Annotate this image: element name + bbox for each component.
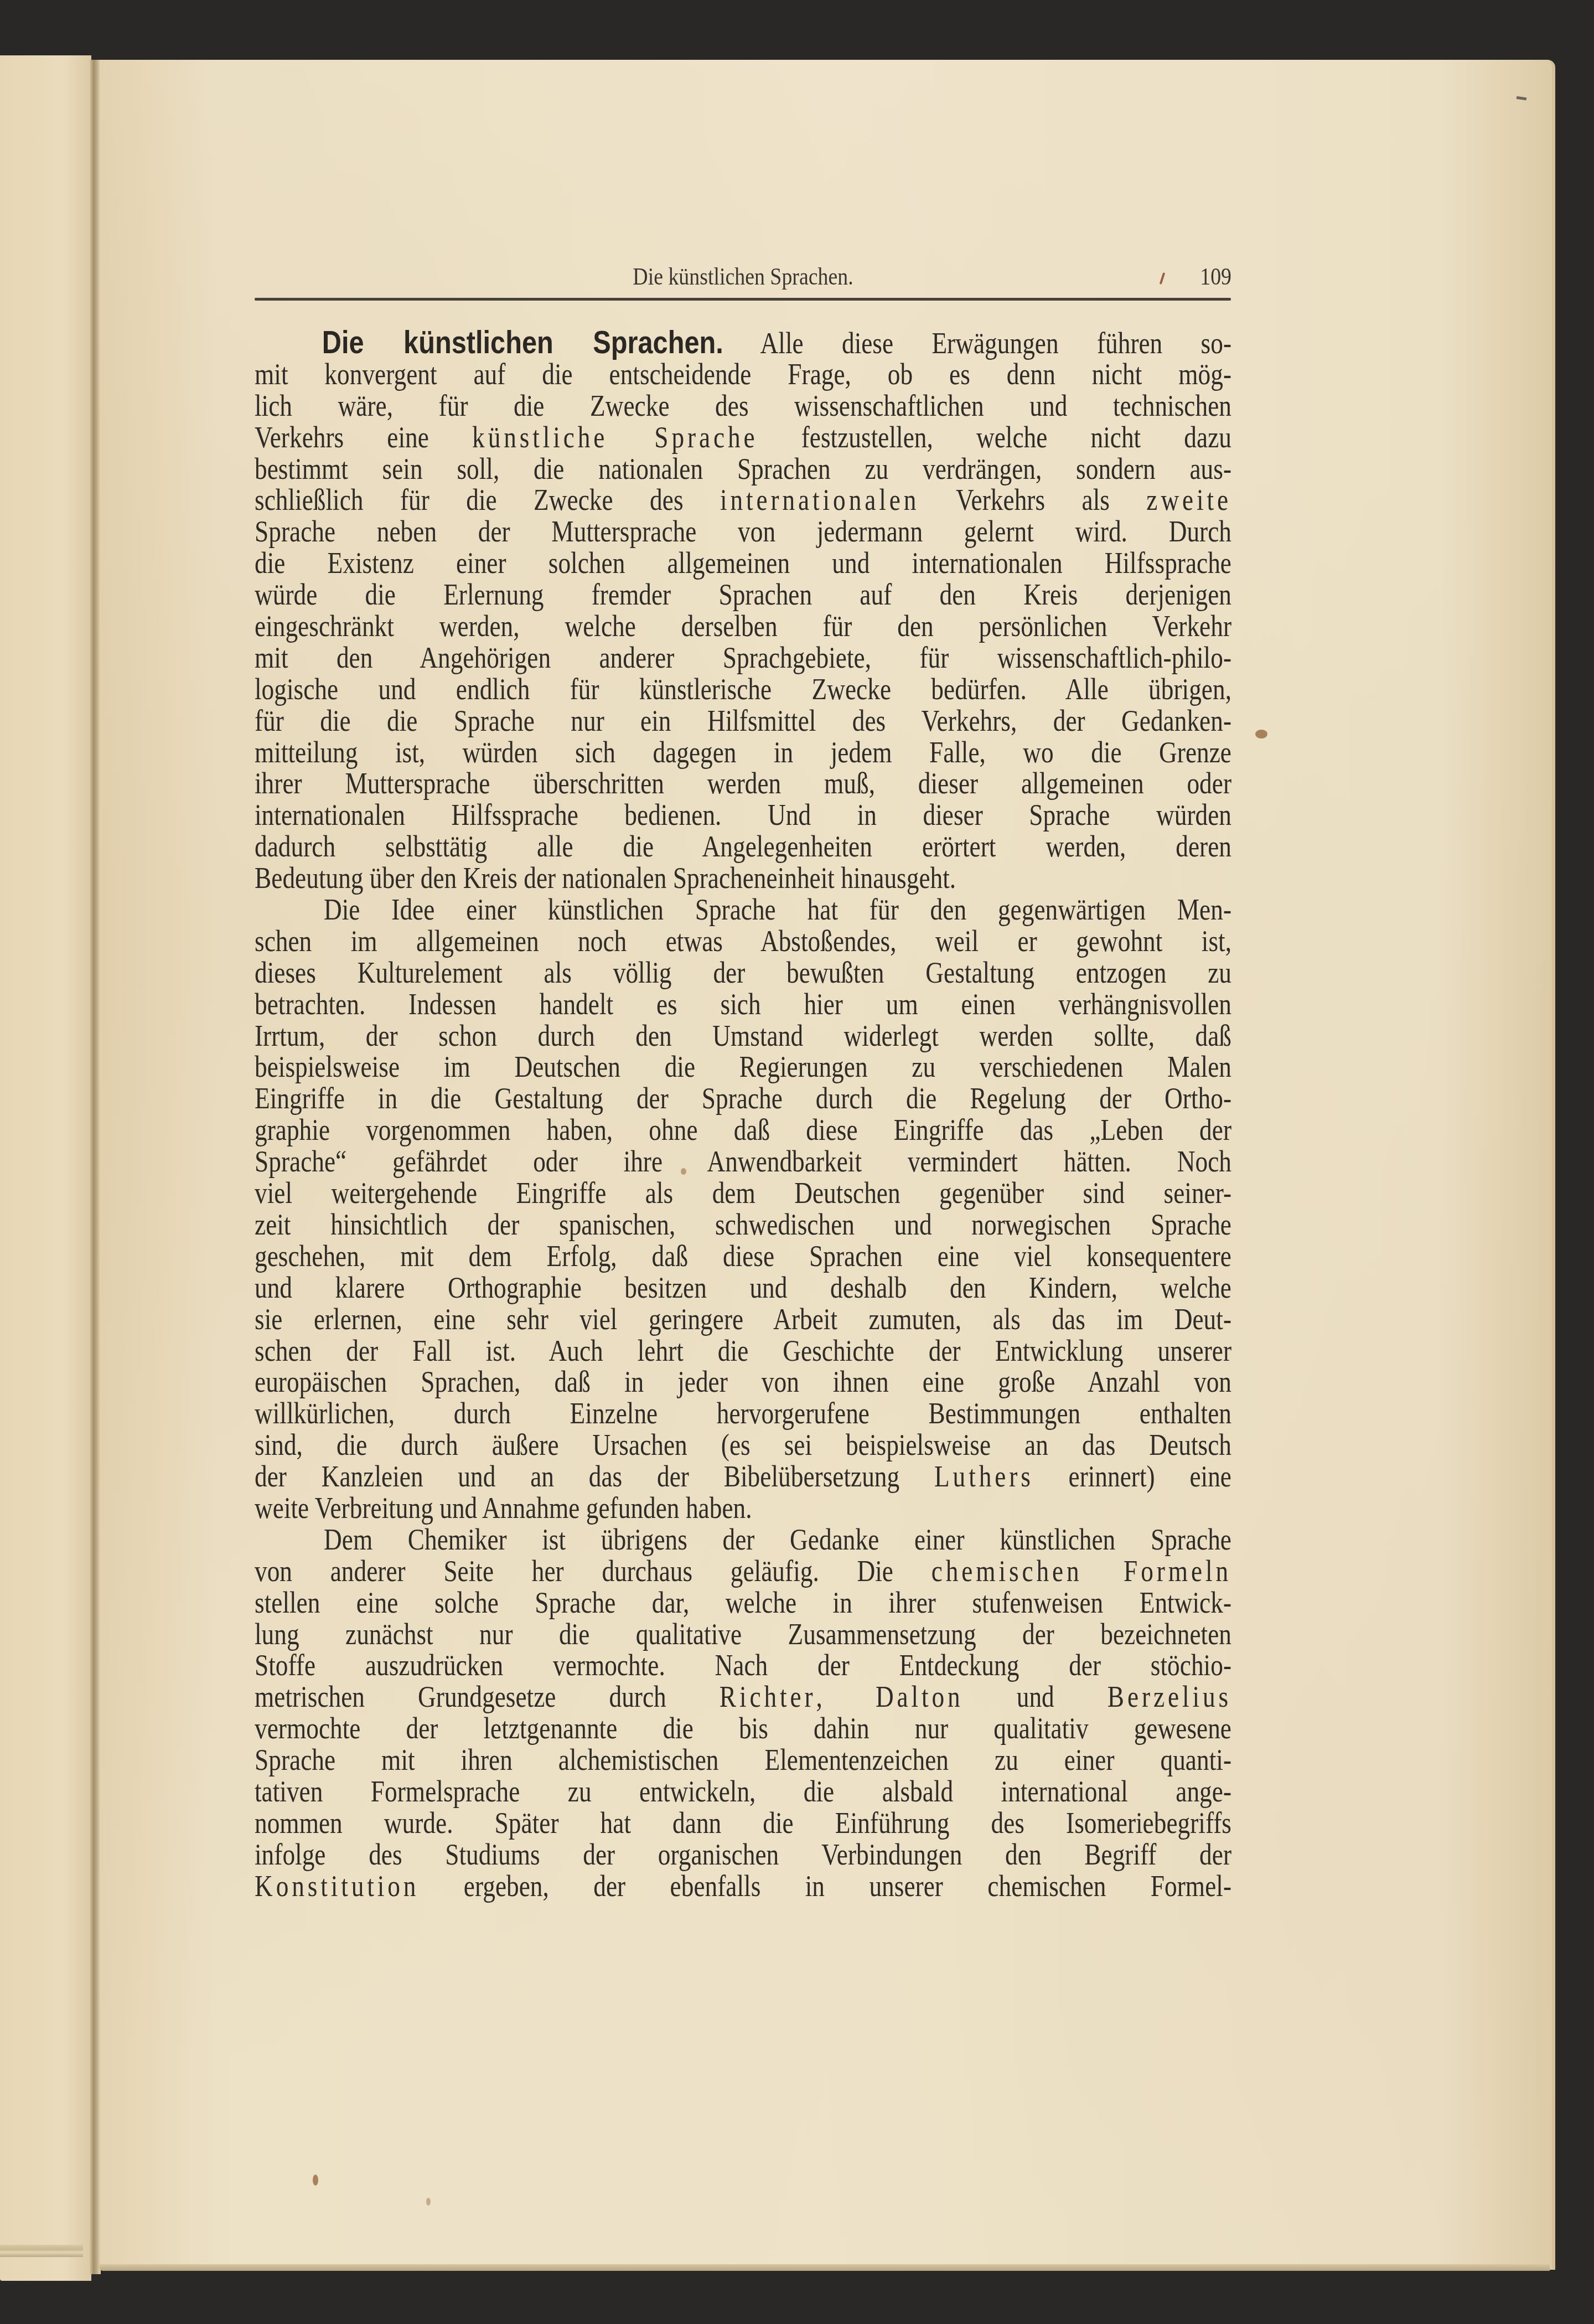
text-line-content: Die Idee einer künstlichen Sprache hat f… bbox=[324, 894, 1231, 926]
text-line-content: schen im allgemeinen noch etwas Abstoßen… bbox=[255, 926, 1231, 957]
text-line-content: ihrer Muttersprache überschritten werden… bbox=[255, 768, 1231, 799]
text-line-content: graphie vorgenommen haben, ohne daß dies… bbox=[255, 1114, 1231, 1146]
text-run: sie erlernen, eine sehr viel geringere A… bbox=[255, 1303, 1231, 1336]
text-run: Sprache neben der Muttersprache von jede… bbox=[255, 515, 1231, 548]
text-run: weite Verbreitung und Annahme gefunden h… bbox=[255, 1491, 752, 1525]
text-line: weite Verbreitung und Annahme gefunden h… bbox=[255, 1492, 1231, 1524]
text-run: erinnert) eine bbox=[1034, 1460, 1231, 1493]
text-run: betrachten. Indessen handelt es sich hie… bbox=[255, 988, 1231, 1021]
text-line-content: willkürlichen, durch Einzelne hervorgeru… bbox=[255, 1398, 1231, 1429]
text-run: logische und endlich für künstlerische Z… bbox=[255, 673, 1231, 706]
text-line: europäischen Sprachen, daß in jeder von … bbox=[255, 1366, 1231, 1398]
text-line-content: mit konvergent auf die entscheidende Fra… bbox=[255, 359, 1231, 390]
text-line-content: dieses Kulturelement als völlig der bewu… bbox=[255, 957, 1231, 989]
text-line: metrischen Grundgesetze durch Richter, D… bbox=[255, 1681, 1231, 1713]
text-line: lung zunächst nur die qualitative Zusamm… bbox=[255, 1619, 1231, 1650]
text-run: Die Idee einer künstlichen Sprache hat f… bbox=[324, 893, 1231, 926]
text-line-content: mitteilung ist, würden sich dagegen in j… bbox=[255, 737, 1231, 768]
text-line: tativen Formelsprache zu entwickeln, die… bbox=[255, 1776, 1231, 1807]
text-line: Sprache mit ihren alchemistischen Elemen… bbox=[255, 1744, 1231, 1776]
text-line: mit den Angehörigen anderer Sprachgebiet… bbox=[255, 642, 1231, 674]
text-line-content: für die die Sprache nur ein Hilfsmittel … bbox=[255, 705, 1231, 737]
text-line-content: Irrtum, der schon durch den Umstand wide… bbox=[255, 1020, 1231, 1052]
text-run: der Kanzleien und an das der Bibelüberse… bbox=[255, 1460, 934, 1493]
text-line-content: sie erlernen, eine sehr viel geringere A… bbox=[255, 1304, 1231, 1335]
text-run: und bbox=[964, 1680, 1107, 1713]
text-run: viel weitergehende Eingriffe als dem Deu… bbox=[255, 1176, 1231, 1210]
text-run: infolge des Studiums der organischen Ver… bbox=[255, 1838, 1231, 1871]
text-line-content: Sprache mit ihren alchemistischen Elemen… bbox=[255, 1744, 1231, 1776]
text-run: willkürlichen, durch Einzelne hervorgeru… bbox=[255, 1397, 1231, 1430]
text-run: zeit hinsichtlich der spanischen, schwed… bbox=[255, 1208, 1231, 1241]
text-run: lung zunächst nur die qualitative Zusamm… bbox=[255, 1618, 1231, 1651]
text-line-content: Stoffe auszudrücken vermochte. Nach der … bbox=[255, 1650, 1231, 1681]
text-line: lich wäre, für die Zwecke des wissenscha… bbox=[255, 390, 1231, 422]
text-line: Bedeutung über den Kreis der nationalen … bbox=[255, 863, 1231, 894]
text-line-content: schen der Fall ist. Auch lehrt die Gesch… bbox=[255, 1335, 1231, 1367]
paper-stain bbox=[681, 1168, 686, 1175]
text-run: dieses Kulturelement als völlig der bewu… bbox=[255, 956, 1231, 989]
text-line: schließlich für die Zwecke des internati… bbox=[255, 484, 1231, 516]
text-run: metrischen Grundgesetze durch bbox=[255, 1680, 720, 1713]
text-run: geschehen, mit dem Erfolg, daß diese Spr… bbox=[255, 1240, 1231, 1273]
running-header: Die künstlichen Sprachen. 109 bbox=[255, 260, 1231, 293]
text-line-content: sind, die durch äußere Ursachen (es sei … bbox=[255, 1429, 1231, 1461]
text-line: Die Idee einer künstlichen Sprache hat f… bbox=[255, 894, 1231, 926]
text-line: Sprache neben der Muttersprache von jede… bbox=[255, 516, 1231, 548]
text-line-content: eingeschränkt werden, welche derselben f… bbox=[255, 611, 1231, 642]
text-run: festzustellen, welche nicht dazu bbox=[758, 421, 1231, 454]
text-run: mitteilung ist, würden sich dagegen in j… bbox=[255, 736, 1231, 769]
text-run: Sprache mit ihren alchemistischen Elemen… bbox=[255, 1743, 1231, 1776]
text-line-content: europäischen Sprachen, daß in jeder von … bbox=[255, 1366, 1231, 1398]
text-run: würde die Erlernung fremder Sprachen auf… bbox=[255, 578, 1231, 611]
text-run: stellen eine solche Sprache dar, welche … bbox=[255, 1586, 1231, 1619]
text-line-content: tativen Formelsprache zu entwickeln, die… bbox=[255, 1776, 1231, 1807]
text-line-content: zeit hinsichtlich der spanischen, schwed… bbox=[255, 1209, 1231, 1241]
text-run: Irrtum, der schon durch den Umstand wide… bbox=[255, 1019, 1231, 1052]
text-line-content: infolge des Studiums der organischen Ver… bbox=[255, 1839, 1231, 1871]
running-header-title: Die künstlichen Sprachen. bbox=[323, 260, 1163, 293]
text-line: Irrtum, der schon durch den Umstand wide… bbox=[255, 1020, 1231, 1052]
text-line-content: der Kanzleien und an das der Bibelüberse… bbox=[255, 1461, 1231, 1492]
text-run: europäischen Sprachen, daß in jeder von … bbox=[255, 1365, 1231, 1398]
text-line: Verkehrs eine künstliche Sprache festzus… bbox=[255, 422, 1231, 453]
text-line-content: Sprache“ gefährdet oder ihre Anwendbarke… bbox=[255, 1146, 1231, 1178]
text-run: ihrer Muttersprache überschritten werden… bbox=[255, 767, 1231, 800]
text-run: beispielsweise im Deutschen die Regierun… bbox=[255, 1050, 1231, 1083]
text-run: internationalen Hilfssprache bedienen. U… bbox=[255, 798, 1231, 832]
facing-page-stack bbox=[0, 2245, 83, 2257]
emphasized-run: Konstitution bbox=[255, 1869, 419, 1903]
text-line-content: und klarere Orthographie besitzen und de… bbox=[255, 1272, 1231, 1304]
text-run: eingeschränkt werden, welche derselben f… bbox=[255, 610, 1231, 643]
paper-stain bbox=[1255, 730, 1267, 738]
text-run: mit den Angehörigen anderer Sprachgebiet… bbox=[255, 641, 1231, 674]
text-run: Alle diese Erwägungen führen so- bbox=[723, 327, 1231, 360]
text-run: vermochte der letztgenannte die bis dahi… bbox=[255, 1712, 1231, 1745]
text-line: würde die Erlernung fremder Sprachen auf… bbox=[255, 579, 1231, 611]
text-run: tativen Formelsprache zu entwickeln, die… bbox=[255, 1775, 1231, 1808]
text-line-content: mit den Angehörigen anderer Sprachgebiet… bbox=[255, 642, 1231, 674]
text-line: betrachten. Indessen handelt es sich hie… bbox=[255, 989, 1231, 1020]
text-line-content: beispielsweise im Deutschen die Regierun… bbox=[255, 1051, 1231, 1083]
body-text: Die künstlichen Sprachen. Alle diese Erw… bbox=[255, 327, 1231, 1902]
text-line: internationalen Hilfssprache bedienen. U… bbox=[255, 799, 1231, 831]
page-bottom-edge bbox=[100, 2264, 1550, 2271]
text-line: von anderer Seite her durchaus geläufig.… bbox=[255, 1556, 1231, 1587]
text-line: logische und endlich für künstlerische Z… bbox=[255, 674, 1231, 705]
text-line: der Kanzleien und an das der Bibelüberse… bbox=[255, 1461, 1231, 1492]
text-run: mit konvergent auf die entscheidende Fra… bbox=[255, 358, 1231, 391]
text-line-content: nommen wurde. Später hat dann die Einfüh… bbox=[255, 1807, 1231, 1839]
text-run: graphie vorgenommen haben, ohne daß dies… bbox=[255, 1113, 1231, 1146]
text-line: für die die Sprache nur ein Hilfsmittel … bbox=[255, 705, 1231, 737]
text-line: Dem Chemiker ist übrigens der Gedanke ei… bbox=[255, 1524, 1231, 1556]
text-line: dadurch selbsttätig alle die Angelegenhe… bbox=[255, 831, 1231, 863]
text-line: infolge des Studiums der organischen Ver… bbox=[255, 1839, 1231, 1871]
emphasized-run: Richter bbox=[720, 1680, 816, 1713]
text-run: nommen wurde. Später hat dann die Einfüh… bbox=[255, 1806, 1231, 1840]
text-line-content: Sprache neben der Muttersprache von jede… bbox=[255, 516, 1231, 548]
emphasized-run: zweite bbox=[1146, 483, 1231, 517]
emphasized-run: Luthers bbox=[934, 1460, 1034, 1493]
text-run: für die die Sprache nur ein Hilfsmittel … bbox=[255, 704, 1231, 737]
text-line-content: metrischen Grundgesetze durch Richter, D… bbox=[255, 1681, 1231, 1713]
text-line-content: die Existenz einer solchen allgemeinen u… bbox=[255, 548, 1231, 579]
text-run: ergeben, der ebenfalls in unserer chemis… bbox=[419, 1869, 1231, 1903]
text-run: Verkehrs als bbox=[919, 483, 1146, 517]
text-line-content: Konstitution ergeben, der ebenfalls in u… bbox=[255, 1871, 1231, 1902]
text-run: Sprache“ gefährdet oder ihre Anwendbarke… bbox=[255, 1145, 1231, 1178]
text-line-content: viel weitergehende Eingriffe als dem Deu… bbox=[255, 1178, 1231, 1209]
text-line: sind, die durch äußere Ursachen (es sei … bbox=[255, 1429, 1231, 1461]
text-run: Eingriffe in die Gestaltung der Sprache … bbox=[255, 1082, 1231, 1115]
text-line: nommen wurde. Später hat dann die Einfüh… bbox=[255, 1807, 1231, 1839]
text-line: sie erlernen, eine sehr viel geringere A… bbox=[255, 1304, 1231, 1335]
text-line: mit konvergent auf die entscheidende Fra… bbox=[255, 359, 1231, 390]
text-line: stellen eine solche Sprache dar, welche … bbox=[255, 1587, 1231, 1619]
emphasized-run: Dalton bbox=[876, 1680, 964, 1713]
text-line: eingeschränkt werden, welche derselben f… bbox=[255, 611, 1231, 642]
text-run: Verkehrs eine bbox=[255, 421, 472, 454]
text-run: von anderer Seite her durchaus geläufig.… bbox=[255, 1555, 931, 1588]
text-run: lich wäre, für die Zwecke des wissenscha… bbox=[255, 389, 1231, 422]
text-line: graphie vorgenommen haben, ohne daß dies… bbox=[255, 1114, 1231, 1146]
text-line: zeit hinsichtlich der spanischen, schwed… bbox=[255, 1209, 1231, 1241]
text-line: ihrer Muttersprache überschritten werden… bbox=[255, 768, 1231, 799]
text-line-content: Die künstlichen Sprachen. Alle diese Erw… bbox=[255, 327, 1231, 359]
text-run: Dem Chemiker ist übrigens der Gedanke ei… bbox=[324, 1523, 1231, 1556]
text-run: dadurch selbsttätig alle die Angelegenhe… bbox=[255, 830, 1231, 863]
text-line: bestimmt sein soll, die nationalen Sprac… bbox=[255, 453, 1231, 485]
text-line-content: weite Verbreitung und Annahme gefunden h… bbox=[255, 1492, 1231, 1524]
text-line: viel weitergehende Eingriffe als dem Deu… bbox=[255, 1178, 1231, 1209]
text-line: geschehen, mit dem Erfolg, daß diese Spr… bbox=[255, 1241, 1231, 1272]
text-line-content: schließlich für die Zwecke des internati… bbox=[255, 484, 1231, 516]
emphasized-run: Berzelius bbox=[1107, 1680, 1231, 1713]
text-line: mitteilung ist, würden sich dagegen in j… bbox=[255, 737, 1231, 768]
text-run: Bedeutung über den Kreis der nationalen … bbox=[255, 861, 956, 895]
text-line: schen im allgemeinen noch etwas Abstoßen… bbox=[255, 926, 1231, 957]
text-line-content: betrachten. Indessen handelt es sich hie… bbox=[255, 989, 1231, 1020]
text-line-content: dadurch selbsttätig alle die Angelegenhe… bbox=[255, 831, 1231, 863]
page-number: 109 bbox=[1200, 260, 1231, 293]
text-line: dieses Kulturelement als völlig der bewu… bbox=[255, 957, 1231, 989]
text-run: Stoffe auszudrücken vermochte. Nach der … bbox=[255, 1649, 1231, 1682]
text-line: beispielsweise im Deutschen die Regierun… bbox=[255, 1051, 1231, 1083]
text-line-content: Dem Chemiker ist übrigens der Gedanke ei… bbox=[324, 1524, 1231, 1556]
text-run: und klarere Orthographie besitzen und de… bbox=[255, 1271, 1231, 1304]
text-line: willkürlichen, durch Einzelne hervorgeru… bbox=[255, 1398, 1231, 1429]
text-line: und klarere Orthographie besitzen und de… bbox=[255, 1272, 1231, 1304]
book-gutter bbox=[90, 60, 101, 2274]
text-line-content: von anderer Seite her durchaus geläufig.… bbox=[255, 1556, 1231, 1587]
text-line-content: internationalen Hilfssprache bedienen. U… bbox=[255, 799, 1231, 831]
text-line-content: Eingriffe in die Gestaltung der Sprache … bbox=[255, 1083, 1231, 1114]
text-line: vermochte der letztgenannte die bis dahi… bbox=[255, 1713, 1231, 1744]
text-run: die Existenz einer solchen allgemeinen u… bbox=[255, 546, 1231, 580]
text-line-content: stellen eine solche Sprache dar, welche … bbox=[255, 1587, 1231, 1619]
text-line: die Existenz einer solchen allgemeinen u… bbox=[255, 548, 1231, 579]
text-line-content: geschehen, mit dem Erfolg, daß diese Spr… bbox=[255, 1241, 1231, 1272]
text-line: Eingriffe in die Gestaltung der Sprache … bbox=[255, 1083, 1231, 1114]
text-run: sind, die durch äußere Ursachen (es sei … bbox=[255, 1428, 1231, 1461]
text-line-content: Bedeutung über den Kreis der nationalen … bbox=[255, 863, 1231, 894]
text-line-content: logische und endlich für künstlerische Z… bbox=[255, 674, 1231, 705]
text-line-content: vermochte der letztgenannte die bis dahi… bbox=[255, 1713, 1231, 1744]
header-rule bbox=[255, 298, 1231, 301]
text-run: schen der Fall ist. Auch lehrt die Gesch… bbox=[255, 1334, 1231, 1367]
text-line-content: Verkehrs eine künstliche Sprache festzus… bbox=[255, 422, 1231, 453]
text-line: Stoffe auszudrücken vermochte. Nach der … bbox=[255, 1650, 1231, 1681]
paper-stain bbox=[426, 2198, 431, 2206]
text-run: schen im allgemeinen noch etwas Abstoßen… bbox=[255, 925, 1231, 958]
text-line: Sprache“ gefährdet oder ihre Anwendbarke… bbox=[255, 1146, 1231, 1178]
text-line: schen der Fall ist. Auch lehrt die Gesch… bbox=[255, 1335, 1231, 1367]
text-line-content: lung zunächst nur die qualitative Zusamm… bbox=[255, 1619, 1231, 1650]
text-run: bestimmt sein soll, die nationalen Sprac… bbox=[255, 452, 1231, 486]
paper-stain bbox=[313, 2175, 318, 2186]
facing-page-edge bbox=[0, 55, 91, 2281]
section-heading: Die künstlichen Sprachen. bbox=[322, 324, 723, 360]
text-line-content: bestimmt sein soll, die nationalen Sprac… bbox=[255, 453, 1231, 485]
emphasized-run: internationalen bbox=[720, 483, 919, 517]
emphasized-run: künstliche Sprache bbox=[472, 421, 758, 454]
text-line: Die künstlichen Sprachen. Alle diese Erw… bbox=[255, 327, 1231, 359]
emphasized-run: chemischen Formeln bbox=[931, 1555, 1231, 1588]
text-line-content: würde die Erlernung fremder Sprachen auf… bbox=[255, 579, 1231, 611]
text-run: , bbox=[816, 1680, 875, 1713]
text-run: schließlich für die Zwecke des bbox=[255, 483, 720, 517]
text-line: Konstitution ergeben, der ebenfalls in u… bbox=[255, 1871, 1231, 1902]
text-line-content: lich wäre, für die Zwecke des wissenscha… bbox=[255, 390, 1231, 422]
